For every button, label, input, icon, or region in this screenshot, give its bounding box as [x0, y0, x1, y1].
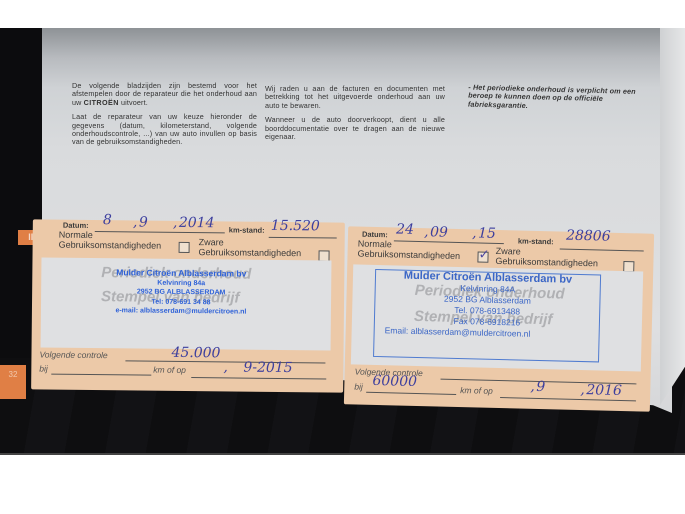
km-label: km-stand: [518, 236, 554, 246]
check-icon: ✓ [478, 247, 489, 260]
normal-label: Gebruiksomstandigheden [59, 240, 162, 251]
date-year: 15 [478, 225, 496, 241]
service-entry-1: Datum: 8 , 9 , 2014 km-stand: 15.520 Nor… [31, 219, 345, 392]
intro-column-3: - Het periodieke onderhoud is verplicht … [468, 84, 659, 120]
normal-checkbox[interactable] [179, 242, 190, 253]
next-km: 45.000 [171, 345, 220, 362]
heavy-label: Gebruiksomstandigheden [199, 247, 302, 258]
at-label: bij [39, 363, 48, 373]
warranty-note: - Het periodieke onderhoud is verplicht … [468, 84, 659, 114]
dealer-stamp: Mulder Citroën Alblasserdam bv Kelvinrin… [101, 268, 261, 317]
km-value: 28806 [566, 228, 611, 245]
intro-text: Wij raden u aan de facturen en documente… [265, 85, 445, 110]
next-km: 60000 [372, 373, 417, 390]
intro-column-2: Wij raden u aan de facturen en documente… [265, 85, 445, 147]
intro-text: uitvoert. [121, 98, 148, 107]
stamp-area: Periodiek onderhoud Stempel van bedrijf … [41, 257, 332, 350]
normal-label: Normale [59, 230, 93, 240]
divider [0, 453, 685, 455]
km-value: 15.520 [271, 218, 320, 235]
stamp-area: Periodiek onderhoud Stempel van bedrijf … [351, 264, 643, 371]
normal-checkbox[interactable]: ✓ [477, 251, 488, 262]
next-date: 9-2015 [243, 360, 292, 377]
intro-column-1: De volgende bladzijden zijn bestemd voor… [72, 82, 257, 153]
heavy-label: Zware [496, 246, 521, 257]
date-month: 9 [139, 214, 148, 230]
page-number: 32 [0, 365, 26, 399]
service-entry-2: Datum: 24 , 09 , 15 km-stand: 28806 Norm… [344, 226, 654, 411]
date-day: 8 [103, 212, 112, 228]
date-day: 24 [396, 221, 414, 237]
next-year: 2016 [586, 382, 622, 399]
date-year: 2014 [179, 215, 215, 231]
at-label: bij [354, 381, 363, 391]
date-label: Datum: [63, 221, 89, 230]
km-or-on-label: km of op [153, 365, 186, 375]
km-label: km-stand: [229, 225, 265, 234]
km-or-on-label: km of op [460, 385, 493, 396]
page-edge [660, 28, 685, 413]
heavy-label: Gebruiksomstandigheden [495, 256, 598, 269]
booklet-photo: De volgende bladzijden zijn bestemd voor… [0, 28, 685, 454]
date-month: 09 [430, 224, 448, 240]
normal-label: Gebruiksomstandigheden [357, 249, 460, 262]
dealer-stamp: Mulder Citroën Alblasserdam bv Kelvinrin… [373, 269, 601, 362]
intro-text: Wanneer u de auto doorverkoopt, dient u … [265, 116, 445, 141]
intro-text: Laat de reparateur van uw keuze hieronde… [72, 113, 257, 147]
brand-name: CITROËN [84, 98, 119, 107]
heavy-label: Zware [199, 237, 224, 247]
next-check-label: Volgende controle [39, 349, 107, 360]
next-month: 9 [536, 379, 545, 395]
